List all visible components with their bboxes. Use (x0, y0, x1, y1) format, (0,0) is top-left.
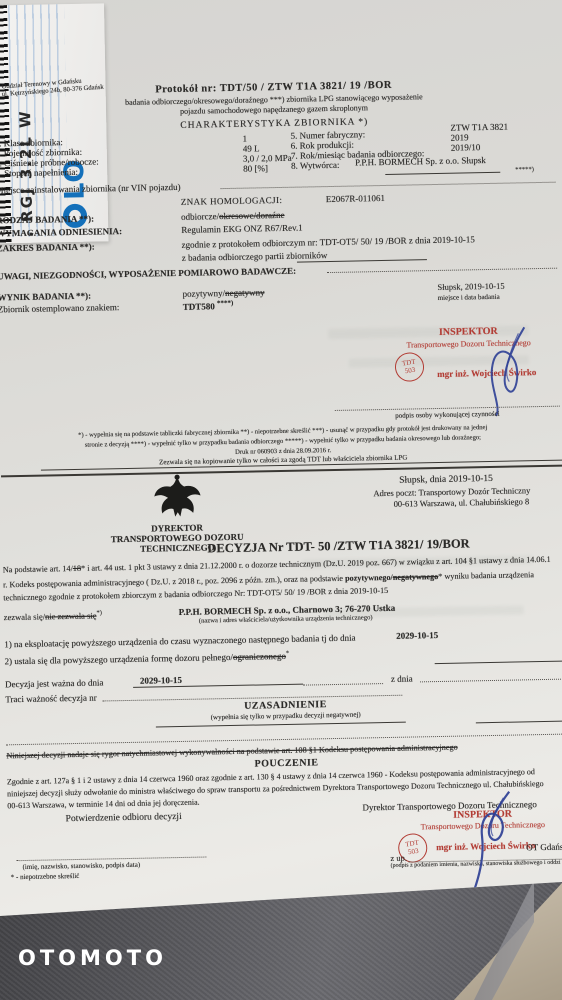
sign-caption: (imię, nazwisko, stanowisko, podpis data… (22, 861, 140, 871)
expire-label: Traci ważność decyzja nr (5, 693, 97, 705)
decision-address2: 00-613 Warszawa, ul. Chałubińskiego 8 (394, 497, 530, 509)
field-label: 4. Stopień napełnienia: (0, 167, 78, 179)
wynik-value: pozytywny/negatywny (182, 287, 264, 299)
vin-label: Miejsce zainstalowania zbiornika (nr VIN… (0, 182, 181, 196)
valid-date: 2029-10-15 (140, 675, 182, 686)
otomoto-watermark: OTOMOTO (18, 946, 167, 970)
confirm-label: Potwierdzenie odbioru decyzji (66, 812, 182, 825)
tdt-seal-icon: TDT503 (393, 350, 426, 383)
pouczenie-title: POUCZENIE (187, 756, 387, 771)
rodzaj-label: RODZAJ BADANIA **): (0, 214, 94, 226)
field-value: ZTW T1A 3821 (450, 122, 508, 133)
uwagi-label: UWAGI, NIEZGODNOŚCI, WYPOSAŻENIE POMIARO… (0, 266, 296, 282)
zakres-value1: zgodnie z protokołem odbiorczym nr: TDT-… (182, 234, 475, 250)
permit-phrase: zezwala się/nie zezwala się*) (4, 609, 102, 622)
field-value: 1 (242, 134, 247, 144)
paper-sheet: . RGJ 3.2L W LO Oddział Terenowy w Gdańs… (0, 0, 562, 1000)
stamp-value: TDT580 ****) (183, 299, 234, 312)
decision-point1: 1) na eksploatację powyższego urządzenia… (4, 633, 355, 650)
wynik-label: WYNIK BADANIA **): (0, 291, 91, 303)
decision-point2: 2) ustala się dla powyższego urządzenia … (4, 650, 289, 667)
decision-place-date: Słupsk, dnia 2019-10-15 (399, 474, 493, 487)
star-mark: *****) (515, 166, 534, 174)
valid-label: Decyzja jest ważna do dnia (5, 677, 104, 689)
valid-zdnia-label: z dnia (391, 674, 413, 685)
document-content: . RGJ 3.2L W LO Oddział Terenowy w Gdańs… (0, 0, 562, 1000)
place-date-caption: miejsce i data badania (438, 293, 500, 302)
decision-point1-date: 2029-10-15 (396, 630, 438, 641)
signature-caption: podpis osoby wykonującej czynności (345, 409, 550, 421)
field-value: 2019/10 (451, 142, 481, 153)
zakres-label: ZAKRES BADANIA **): (0, 242, 95, 254)
signature-scribble (447, 785, 539, 902)
homologation-label: ZNAK HOMOLOGACJI: (181, 195, 283, 207)
homologation-value: E2067R-011061 (326, 193, 385, 204)
document-photo: . RGJ 3.2L W LO Oddział Terenowy w Gdańs… (0, 0, 562, 1000)
pouczenie-line3: 00-613 Warszawa, w terminie 14 dni od dn… (7, 798, 199, 811)
stamp-label: Zbiornik ostemplowano znakiem: (0, 302, 119, 315)
section-title: CHARAKTERYSTYKA ZBIORNIKA *) (54, 115, 494, 134)
place-date: Słupsk, 2019-10-15 (437, 282, 504, 293)
rodzaj-value: odbiorcze/okresowe/doraźne (181, 210, 285, 222)
wymagania-value: Regulamin EKG ONZ R67/Rev.1 (181, 223, 303, 236)
eagle-emblem-icon (151, 472, 204, 521)
field-label: 8. Wytwórca: (291, 160, 339, 171)
field-value: P.P.H. BORMECH Sp. z o.o. Słupsk (355, 155, 486, 168)
field-value: 80 [%] (243, 163, 268, 174)
decision-footnote: * - niepotrzebne skreślić (11, 872, 80, 881)
